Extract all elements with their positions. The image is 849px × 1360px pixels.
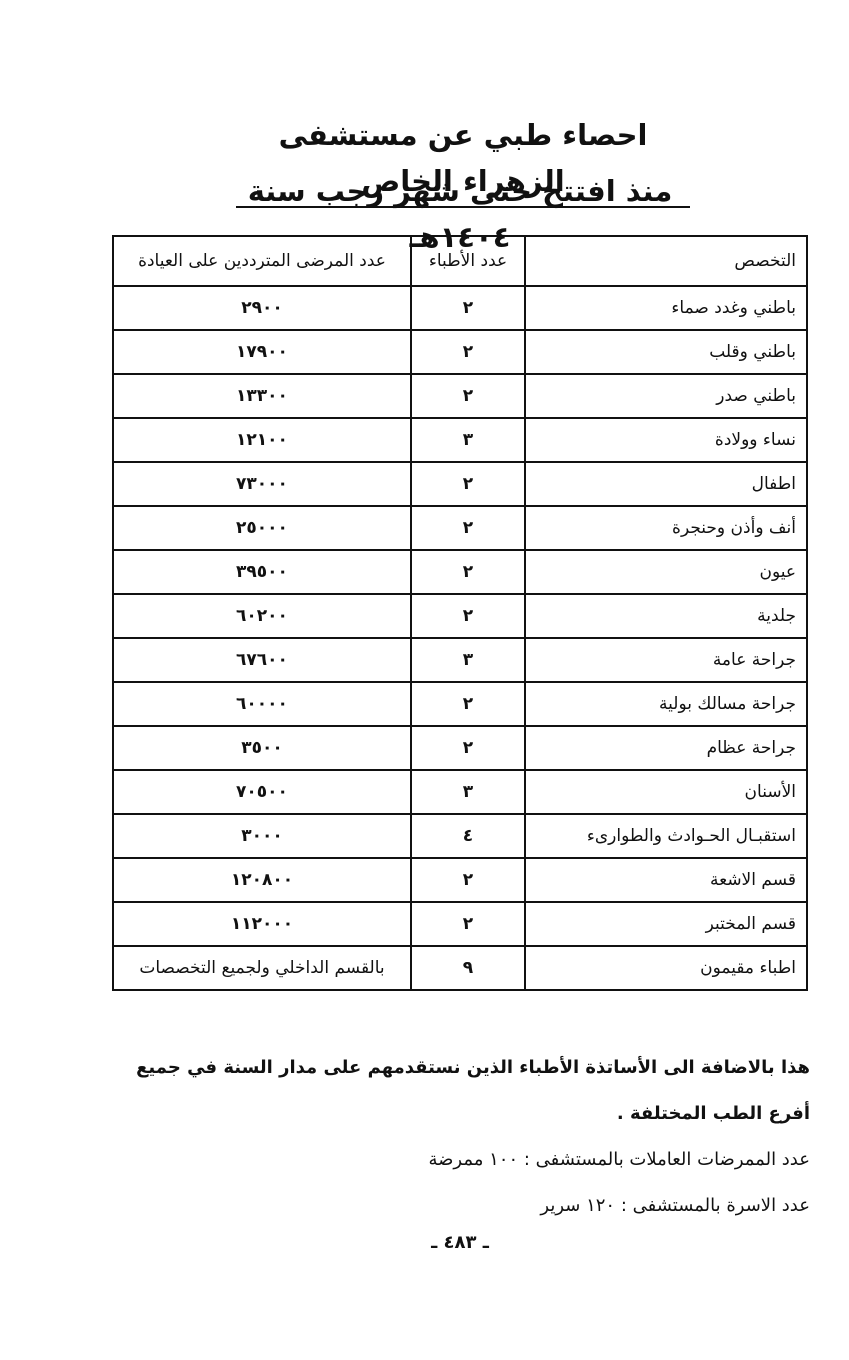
table-row: باطني صدر ٢ ١٣٣٠٠ [113, 374, 807, 418]
cell-patients: ٧٠٥٠٠ [113, 770, 411, 814]
cell-doctors: ٤ [411, 814, 525, 858]
cell-patients: ٦٠٢٠٠ [113, 594, 411, 638]
cell-doctors: ٢ [411, 726, 525, 770]
table-header-row: التخصص عدد الأطباء عدد المرضى المترددين … [113, 236, 807, 286]
header-doctors: عدد الأطباء [411, 236, 525, 286]
cell-patients: ٣٥٠٠ [113, 726, 411, 770]
cell-specialty: أنف وأذن وحنجرة [525, 506, 807, 550]
cell-specialty: جراحة عامة [525, 638, 807, 682]
table-row: باطني وقلب ٢ ١٧٩٠٠ [113, 330, 807, 374]
cell-specialty: باطني وغدد صماء [525, 286, 807, 330]
cell-doctors: ٣ [411, 418, 525, 462]
cell-doctors: ٢ [411, 682, 525, 726]
table-row: استقبـال الحـوادث والطوارىء ٤ ٣٠٠٠ [113, 814, 807, 858]
table-row: الأسنان ٣ ٧٠٥٠٠ [113, 770, 807, 814]
cell-patients: ٢٩٠٠ [113, 286, 411, 330]
cell-doctors: ٣ [411, 638, 525, 682]
notes-section: هذا بالاضافة الى الأساتذة الأطباء الذين … [110, 1045, 810, 1229]
table-row: نساء وولادة ٣ ١٢١٠٠ [113, 418, 807, 462]
cell-specialty: قسم الاشعة [525, 858, 807, 902]
header-patients: عدد المرضى المترددين على العيادة [113, 236, 411, 286]
cell-doctors: ٢ [411, 858, 525, 902]
cell-specialty: اطباء مقيمون [525, 946, 807, 990]
cell-specialty: عيون [525, 550, 807, 594]
table-row: عيون ٢ ٣٩٥٠٠ [113, 550, 807, 594]
medical-statistics-table: التخصص عدد الأطباء عدد المرضى المترددين … [112, 235, 808, 991]
cell-doctors: ٢ [411, 594, 525, 638]
cell-doctors: ٢ [411, 506, 525, 550]
nurses-count: عدد الممرضات العاملات بالمستشفى : ١٠٠ مم… [110, 1137, 810, 1183]
table-row: قسم الاشعة ٢ ١٢٠٨٠٠ [113, 858, 807, 902]
cell-patients: ٦٧٦٠٠ [113, 638, 411, 682]
table-row: اطفال ٢ ٧٣٠٠٠ [113, 462, 807, 506]
cell-specialty: نساء وولادة [525, 418, 807, 462]
cell-patients: ٣٠٠٠ [113, 814, 411, 858]
table-row: جراحة عامة ٣ ٦٧٦٠٠ [113, 638, 807, 682]
cell-specialty: باطني صدر [525, 374, 807, 418]
cell-patients: ٦٠٠٠٠ [113, 682, 411, 726]
cell-specialty: الأسنان [525, 770, 807, 814]
beds-count: عدد الاسرة بالمستشفى : ١٢٠ سرير [110, 1183, 810, 1229]
cell-doctors: ٢ [411, 550, 525, 594]
table-row: باطني وغدد صماء ٢ ٢٩٠٠ [113, 286, 807, 330]
cell-patients: ١٧٩٠٠ [113, 330, 411, 374]
table-row: جراحة مسالك بولية ٢ ٦٠٠٠٠ [113, 682, 807, 726]
cell-patients: ١٢١٠٠ [113, 418, 411, 462]
table-row: اطباء مقيمون ٩ بالقسم الداخلي ولجميع الت… [113, 946, 807, 990]
cell-patients: بالقسم الداخلي ولجميع التخصصات [113, 946, 411, 990]
cell-specialty: باطني وقلب [525, 330, 807, 374]
table-row: جراحة عظام ٢ ٣٥٠٠ [113, 726, 807, 770]
table-row: أنف وأذن وحنجرة ٢ ٢٥٠٠٠ [113, 506, 807, 550]
cell-specialty: اطفال [525, 462, 807, 506]
cell-doctors: ٢ [411, 286, 525, 330]
cell-doctors: ٣ [411, 770, 525, 814]
additional-staff-note: هذا بالاضافة الى الأساتذة الأطباء الذين … [110, 1045, 810, 1137]
table-row: جلدية ٢ ٦٠٢٠٠ [113, 594, 807, 638]
cell-specialty: استقبـال الحـوادث والطوارىء [525, 814, 807, 858]
cell-patients: ١١٢٠٠٠ [113, 902, 411, 946]
document-page: احصاء طبي عن مستشفى الزهراء الخاص منذ اف… [0, 0, 849, 1360]
cell-patients: ٧٣٠٠٠ [113, 462, 411, 506]
page-number: ـ ٤٨٣ ـ [380, 1232, 540, 1253]
cell-patients: ٣٩٥٠٠ [113, 550, 411, 594]
cell-patients: ١٢٠٨٠٠ [113, 858, 411, 902]
cell-specialty: جراحة مسالك بولية [525, 682, 807, 726]
header-specialty: التخصص [525, 236, 807, 286]
cell-specialty: جلدية [525, 594, 807, 638]
cell-patients: ٢٥٠٠٠ [113, 506, 411, 550]
cell-doctors: ٩ [411, 946, 525, 990]
cell-patients: ١٣٣٠٠ [113, 374, 411, 418]
cell-specialty: جراحة عظام [525, 726, 807, 770]
cell-doctors: ٢ [411, 462, 525, 506]
cell-doctors: ٢ [411, 330, 525, 374]
table-row: قسم المختبر ٢ ١١٢٠٠٠ [113, 902, 807, 946]
cell-doctors: ٢ [411, 374, 525, 418]
cell-doctors: ٢ [411, 902, 525, 946]
cell-specialty: قسم المختبر [525, 902, 807, 946]
